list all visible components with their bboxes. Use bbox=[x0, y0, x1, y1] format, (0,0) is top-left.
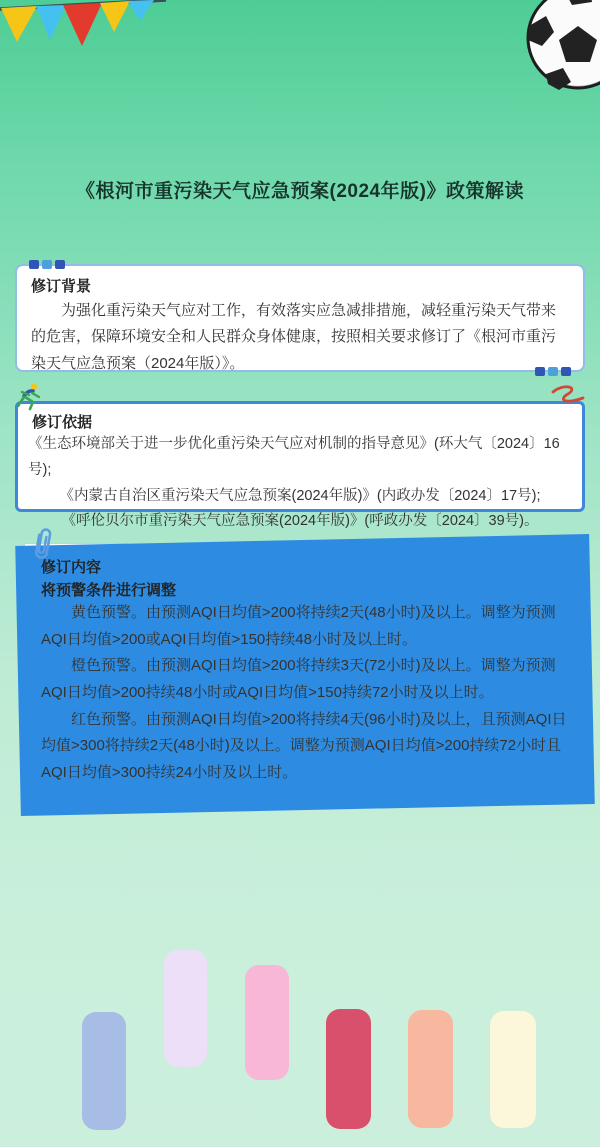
section-heading-content: 修订内容 bbox=[41, 556, 567, 577]
section-heading-background: 修订背景 bbox=[31, 275, 569, 296]
corner-squares-icon bbox=[29, 260, 65, 269]
warning-paragraph-orange: 橙色预警。由预测AQI日均值>200将持续3天(72小时)及以上。调整为预测AQ… bbox=[41, 653, 567, 706]
basis-item: 《生态环境部关于进一步优化重污染天气应对机制的指导意见》(环大气〔2024〕16… bbox=[28, 432, 572, 484]
section-body-background: 为强化重污染天气应对工作，有效落实应急减排措施，减轻重污染天气带来的危害，保障环… bbox=[31, 298, 569, 377]
card-revision-basis: 修订依据 《生态环境部关于进一步优化重污染天气应对机制的指导意见》(环大气〔20… bbox=[15, 401, 585, 512]
soccer-ball-icon bbox=[518, 0, 600, 104]
decor-pill bbox=[245, 965, 289, 1080]
decor-pill bbox=[82, 1012, 126, 1130]
corner-squares-icon bbox=[535, 367, 571, 376]
card-revision-content: 修订内容 将预警条件进行调整 黄色预警。由预测AQI日均值>200将持续2天(4… bbox=[25, 544, 583, 799]
decor-pill bbox=[408, 1010, 453, 1128]
basis-item: 《呼伦贝尔市重污染天气应急预案(2024年版)》(呼政办发〔2024〕39号)。 bbox=[28, 509, 572, 535]
section-heading-basis: 修订依据 bbox=[32, 411, 572, 432]
warning-paragraph-yellow: 黄色预警。由预测AQI日均值>200将持续2天(48小时)及以上。调整为预测AQ… bbox=[41, 600, 567, 653]
decor-pill bbox=[164, 950, 207, 1067]
decor-pill bbox=[490, 1011, 536, 1128]
bunting-icon bbox=[0, 0, 170, 55]
runner-icon bbox=[14, 382, 44, 412]
basis-item: 《内蒙古自治区重污染天气应急预案(2024年版)》(内政办发〔2024〕17号)… bbox=[28, 484, 572, 510]
warning-paragraph-red: 红色预警。由预测AQI日均值>200将持续4天(96小时)及以上，且预测AQI日… bbox=[41, 707, 567, 787]
decor-pill bbox=[326, 1009, 371, 1129]
page-title: 《根河市重污染天气应急预案(2024年版)》政策解读 bbox=[0, 176, 600, 203]
policy-poster: { "poster": { "title": "《根河市重污染天气应急预案(20… bbox=[0, 0, 600, 1147]
squiggle-icon bbox=[549, 385, 587, 411]
section-subheading-content: 将预警条件进行调整 bbox=[41, 579, 567, 600]
card-revision-background: 修订背景 为强化重污染天气应对工作，有效落实应急减排措施，减轻重污染天气带来的危… bbox=[15, 264, 585, 372]
